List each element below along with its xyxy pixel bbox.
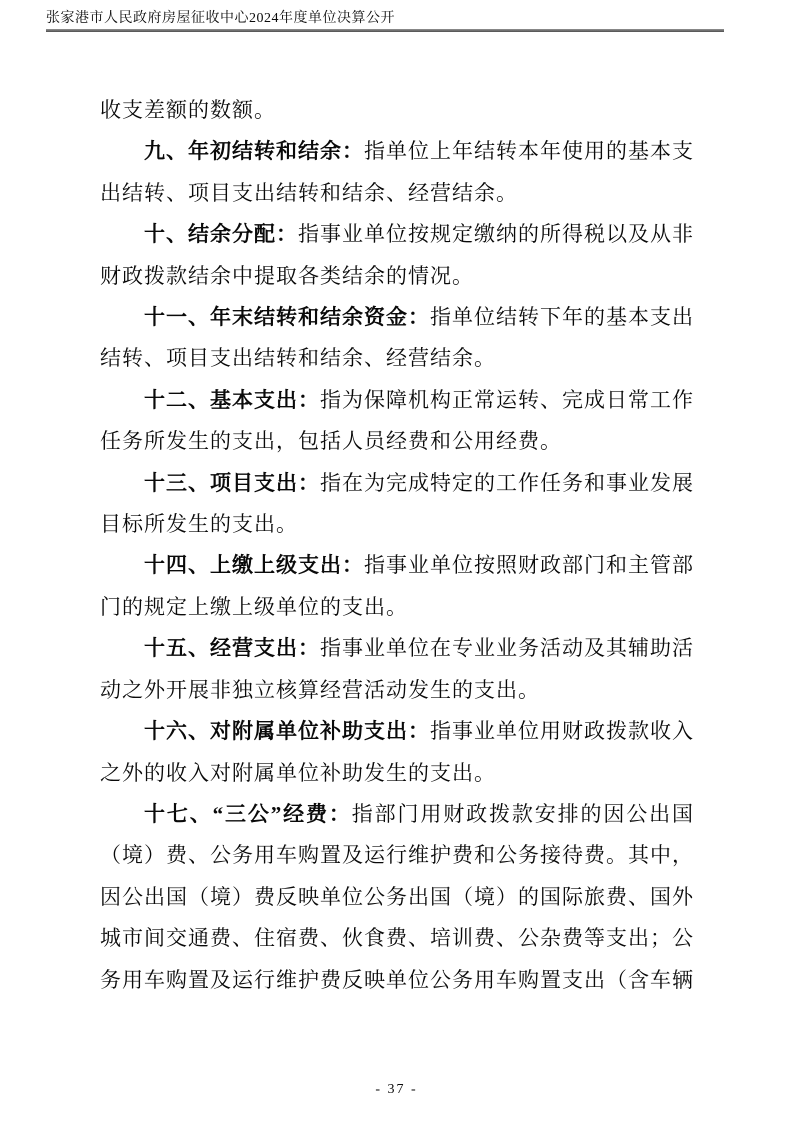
paragraph-continuation: 收支差额的数额。 (100, 90, 694, 131)
paragraph: 九、年初结转和结余：指单位上年结转本年使用的基本支出结转、项目支出结转和结余、经… (100, 131, 694, 214)
paragraph-head: 十七、“三公”经费： (144, 802, 352, 826)
paragraph: 十六、对附属单位补助支出：指事业单位用财政拨款收入之外的收入对附属单位补助发生的… (100, 711, 694, 794)
paragraph-list: 九、年初结转和结余：指单位上年结转本年使用的基本支出结转、项目支出结转和结余、经… (100, 131, 694, 1001)
document-body: 收支差额的数额。 九、年初结转和结余：指单位上年结转本年使用的基本支出结转、项目… (100, 90, 694, 1001)
paragraph-head: 十三、项目支出： (144, 471, 320, 495)
paragraph-head: 十、结余分配： (144, 222, 298, 246)
paragraph: 十一、年末结转和结余资金：指单位结转下年的基本支出结转、项目支出结转和结余、经营… (100, 297, 694, 380)
page-footer: - 37 - (0, 1082, 793, 1098)
paragraph-head: 十四、上缴上级支出： (144, 553, 364, 577)
paragraph-head: 十五、经营支出： (144, 636, 320, 660)
page-number: - 37 - (375, 1082, 417, 1097)
paragraph: 十七、“三公”经费：指部门用财政拨款安排的因公出国（境）费、公务用车购置及运行维… (100, 794, 694, 1001)
header-rule (46, 29, 724, 32)
document-page: 张家港市人民政府房屋征收中心2024年度单位决算公开 收支差额的数额。 九、年初… (0, 0, 793, 1122)
paragraph-head: 十六、对附属单位补助支出： (144, 719, 430, 743)
paragraph-head: 十二、基本支出： (144, 388, 320, 412)
paragraph-head: 九、年初结转和结余： (144, 139, 364, 163)
paragraph: 十三、项目支出：指在为完成特定的工作任务和事业发展目标所发生的支出。 (100, 463, 694, 546)
paragraph: 十、结余分配：指事业单位按规定缴纳的所得税以及从非财政拨款结余中提取各类结余的情… (100, 214, 694, 297)
header-title: 张家港市人民政府房屋征收中心2024年度单位决算公开 (46, 10, 395, 28)
paragraph: 十二、基本支出：指为保障机构正常运转、完成日常工作任务所发生的支出，包括人员经费… (100, 380, 694, 463)
paragraph: 十四、上缴上级支出：指事业单位按照财政部门和主管部门的规定上缴上级单位的支出。 (100, 545, 694, 628)
paragraph-head: 十一、年末结转和结余资金： (144, 305, 430, 329)
paragraph-body: 指部门用财政拨款安排的因公出国（境）费、公务用车购置及运行维护费和公务接待费。其… (100, 802, 694, 992)
paragraph: 十五、经营支出：指事业单位在专业业务活动及其辅助活动之外开展非独立核算经营活动发… (100, 628, 694, 711)
